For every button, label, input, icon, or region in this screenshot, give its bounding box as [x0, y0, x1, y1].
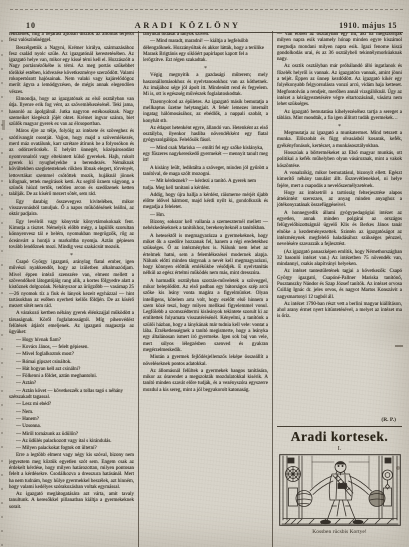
left-ball	[296, 491, 312, 507]
paragraph: Az igazgató meglátogatására azt várta, a…	[9, 492, 134, 511]
scan-artifact	[396, 466, 400, 470]
page-header: 10 ARADI KÖZLÖNY 1910. május 15	[10, 9, 403, 33]
paragraph: Hogy az intézetről a tartósság felterjes…	[277, 191, 402, 210]
paragraph: lányukat tudását a lányok szívén.	[143, 32, 268, 38]
man-legs	[320, 500, 363, 524]
paragraph: Máros éjre az télje, folyóig az intézete…	[9, 129, 134, 198]
paragraph: Az intézet tantestületének tagjai a köve…	[277, 269, 402, 300]
paragraph: Elmondja, hogy az igazgatónak az első os…	[9, 97, 134, 128]
dialogue-line: — Uzsonna.	[9, 424, 134, 430]
paragraph: Az étlapot hetenként egyre, állandó van.…	[143, 126, 268, 145]
scan-artifact	[395, 345, 403, 347]
paragraph: A kislány leült, lediktálta a szöveget, …	[143, 166, 268, 179]
paragraph: Beszélgettük a Nagyni, Krémer királya, s…	[9, 46, 134, 96]
paragraph: Egy darabig összevegyez kivitelében, mik…	[9, 200, 134, 219]
issue-date: 1910. május 15	[339, 21, 401, 30]
dialogue-line: — Hogy hívnak fiam?	[9, 338, 134, 344]
paragraph: — Van ebben az osztályban egy fiú, aki h…	[277, 32, 402, 63]
dialogue-line: — Aztán követ — következzék a tollas tag…	[9, 389, 134, 402]
paragraph: Az osztik osztályban már próbálandó álló…	[277, 64, 402, 108]
paragraph: Egy levélről vagy könyvtár könyvtárnokok…	[9, 220, 134, 251]
paragraph: Megmutatja az igazgató a munkatermet. Mi…	[277, 131, 402, 150]
column-right: — Van ebben az osztályban egy fiú, aki h…	[272, 31, 406, 547]
column-left: fekszenek, mig a bejárást ajtóban díszlő…	[5, 31, 138, 547]
dialogue-line: — Lesz mi ebéd?	[9, 402, 134, 408]
masthead-title: ARADI KÖZLÖNY	[135, 20, 241, 30]
dialogue-line: — Nem.	[9, 410, 134, 416]
column-right-text: — Van ebben az osztályban egy fiú, aki h…	[277, 32, 402, 416]
page-number: 10	[12, 21, 36, 30]
paragraph: A hetesektől is megmagyarázza a gyermeke…	[143, 234, 268, 278]
column-middle: lányukat tudását a lányok szívén. — Mind…	[138, 31, 272, 547]
dialogue-line: — Hát hogyan kell azt csinálni?	[9, 367, 134, 373]
scan-gutter-artifacts	[0, 40, 6, 547]
paragraph: Végig megnyitik a gazdasági műterem; mel…	[143, 73, 268, 98]
cartoon-caption: Kossben rücsbis Kortye!	[277, 529, 402, 536]
paragraph: A vonalzókig, mikor bemutatásul, bizonyí…	[277, 171, 402, 190]
section-separator: *	[277, 123, 402, 131]
dialogue-line: — Mind maradt, maradni! — kiáltja a legf…	[143, 39, 268, 64]
dialogue-line: — Kovács János, — felelt gépiesen.	[9, 345, 134, 351]
article-part-number: I.	[277, 445, 402, 453]
column-layout: fekszenek, mig a bejárást ajtóban díszlő…	[5, 31, 406, 547]
paragraph: (Az igazgató panaszképen említik, hogy N…	[277, 250, 402, 269]
paragraph: Az intézet 1790-ban részt vett a berlini…	[277, 302, 402, 321]
article-divider-rule	[277, 426, 402, 427]
paragraph: Az állomásnál felültek a gyermekek hango…	[143, 369, 268, 394]
kortes-cartoon-illustration	[279, 454, 401, 528]
paragraph: Csapó György igazgató, aránylag fiatal e…	[9, 260, 134, 310]
article-aradi-kortesek: (R. P.) Aradi kortesek. I.	[277, 416, 402, 536]
dialogue-line: — Fölkenni a földet, aztán meghantolni.	[9, 374, 134, 380]
dialogue-line: — Hm.	[143, 213, 268, 219]
paragraph: Erre a legtöbb elment vagy négy kis szóv…	[9, 453, 134, 491]
dialogue-line: — Miről tornázunk az üdülőn?	[9, 432, 134, 438]
column-left-text: fekszenek, mig a bejárást ajtóban díszlő…	[9, 32, 134, 547]
paragraph: Az igazgató bemutatása kihelyezéséhez ta…	[277, 110, 402, 123]
paragraph: Hosszúak a bőrtermékeket az Első magyar …	[277, 151, 402, 170]
paragraph: A honnegyedik állami gyógypedagógiai int…	[277, 211, 402, 249]
dialogue-line: — Aztán?	[9, 381, 134, 387]
section-separator: *	[9, 252, 134, 260]
pendant-ornament-icon	[382, 470, 392, 489]
paragraph: Addig, hogy újra hallja a kérdést, ráism…	[143, 193, 268, 212]
article-headline: Aradi kortesek.	[277, 429, 402, 445]
paragraph: Tizennyolcod az épületes. Az igazgató má…	[143, 100, 268, 125]
author-signature: (R. P.)	[277, 417, 402, 424]
dialogue-line: — Mit kérdeznek? — kérdezi a tanító. A g…	[143, 179, 268, 192]
ground-hatching	[282, 519, 398, 525]
dialogue-line: — Hanem?	[9, 417, 134, 423]
left-pillar	[283, 456, 302, 520]
paragraph: Miután a gyermek fejlődésjellemzős lekép…	[143, 355, 268, 368]
paragraph: A harmadik osztályban szorzás-műveletek …	[143, 279, 268, 355]
dialogue-line: — Milyen palackokat fogtok ott ültetni?	[9, 446, 134, 452]
dialogue-line: — Mind csak Mariska — említi fel egy sző…	[143, 146, 268, 165]
paragraph: A várakozó kertben néhány gyerek élénkza…	[9, 311, 134, 336]
newspaper-page: 10 ARADI KÖZLÖNY 1910. május 15 fekszene…	[0, 0, 409, 547]
column-middle-text: lányukat tudását a lányok szívén. — Mind…	[143, 32, 268, 547]
paragraph: Bizony, sokszor kell vallania a szemeszt…	[143, 220, 268, 233]
right-ball	[369, 491, 385, 507]
dialogue-line: — Az üdülés palackozott vagy ital s kirá…	[9, 439, 134, 445]
rosette-ornament-icon	[285, 467, 300, 482]
dialogue-line: — Mivel foglalkoztok most?	[9, 352, 134, 358]
paragraph: fekszenek, mig a bejárást ajtóban díszlő…	[9, 32, 134, 45]
dialogue-line: — Római gipszet csináltok.	[9, 360, 134, 366]
